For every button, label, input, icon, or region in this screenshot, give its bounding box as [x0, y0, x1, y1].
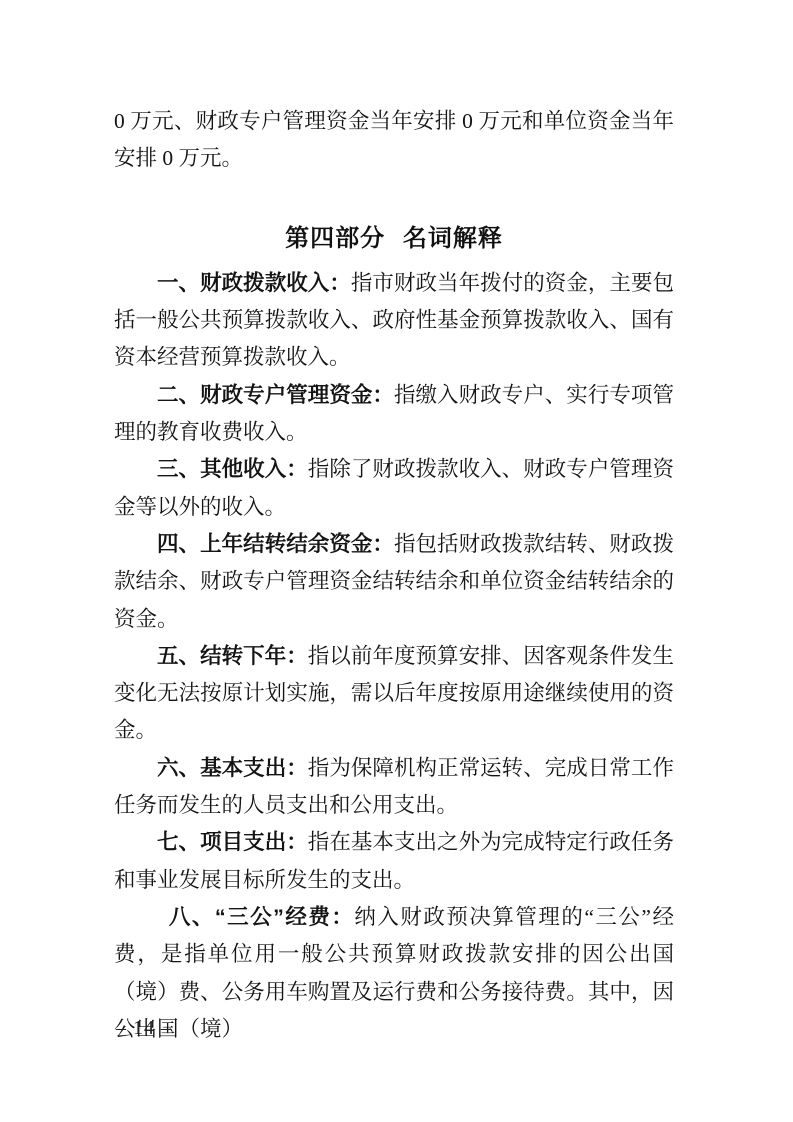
- definition-item-6: 六、基本支出：指为保障机构正常运转、完成日常工作任务而发生的人员支出和公用支出。: [114, 750, 674, 825]
- document-content: 0 万元、财政专户管理资金当年安排 0 万元和单位资金当年安排 0 万元。 第四…: [114, 103, 674, 1048]
- term-label-2: 二、财政专户管理资金：: [157, 383, 394, 407]
- term-label-5: 五、结转下年：: [157, 644, 308, 668]
- document-page: 0 万元、财政专户管理资金当年安排 0 万元和单位资金当年安排 0 万元。 第四…: [0, 0, 793, 1122]
- section-heading: 第四部分 名词解释: [114, 220, 674, 257]
- term-label-1: 一、财政拨款收入：: [157, 271, 351, 295]
- page-number: – 14 –: [116, 1016, 172, 1040]
- definition-item-8: 八、“三公”经费：纳入财政预决算管理的“三公”经费，是指单位用一般公共预算财政拨…: [114, 899, 674, 1048]
- term-label-6: 六、基本支出：: [157, 756, 308, 780]
- definition-item-3: 三、其他收入：指除了财政拨款收入、财政专户管理资金等以外的收入。: [114, 451, 674, 526]
- term-label-8: 八、“三公”经费：: [169, 905, 355, 929]
- continuation-paragraph: 0 万元、财政专户管理资金当年安排 0 万元和单位资金当年安排 0 万元。: [114, 103, 674, 178]
- definition-item-1: 一、财政拨款收入：指市财政当年拨付的资金，主要包括一般公共预算拨款收入、政府性基…: [114, 265, 674, 377]
- definition-item-5: 五、结转下年：指以前年度预算安排、因客观条件发生变化无法按原计划实施，需以后年度…: [114, 638, 674, 750]
- term-label-7: 七、项目支出：: [157, 830, 308, 854]
- term-label-4: 四、上年结转结余资金：: [157, 532, 394, 556]
- term-label-3: 三、其他收入：: [157, 457, 308, 481]
- definition-item-4: 四、上年结转结余资金：指包括财政拨款结转、财政拨款结余、财政专户管理资金结转结余…: [114, 526, 674, 638]
- definition-item-2: 二、财政专户管理资金：指缴入财政专户、实行专项管理的教育收费收入。: [114, 377, 674, 452]
- definition-item-7: 七、项目支出：指在基本支出之外为完成特定行政任务和事业发展目标所发生的支出。: [114, 824, 674, 899]
